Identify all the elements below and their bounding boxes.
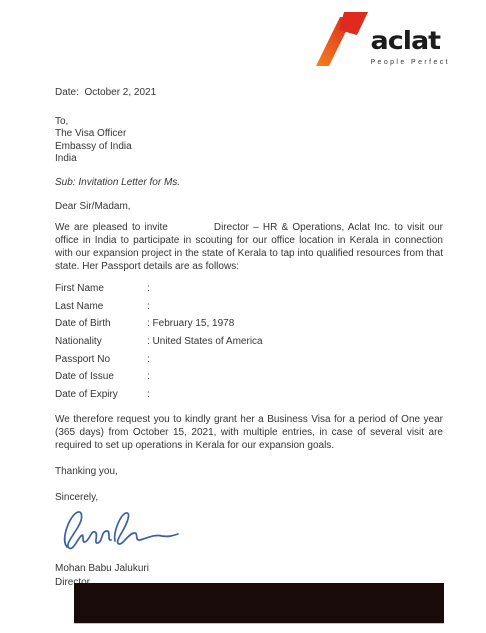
- field-row-first-name: First Name :: [55, 283, 443, 301]
- recipient-address: To, The Visa Officer Embassy of India In…: [55, 116, 443, 166]
- field-row-date-of-expiry: Date of Expiry :: [55, 389, 443, 407]
- field-label: First Name: [55, 283, 147, 296]
- logo-text: aclat People Perfect: [370, 12, 450, 66]
- field-label: Date of Birth: [55, 318, 147, 331]
- recipient-line: Embassy of India: [55, 141, 443, 154]
- body-paragraph-2: We therefore request you to kindly grant…: [55, 413, 443, 452]
- date-line: Date: October 2, 2021: [55, 87, 443, 100]
- field-label: Nationality: [55, 336, 147, 349]
- field-value: :: [147, 354, 150, 367]
- brand-tagline: People Perfect: [370, 59, 450, 66]
- field-row-passport-no: Passport No :: [55, 354, 443, 372]
- field-value: :: [147, 283, 150, 296]
- field-label: Date of Expiry: [55, 389, 147, 402]
- signer-name: Mohan Babu Jalukuri: [55, 563, 443, 576]
- brand-name: aclat: [370, 29, 440, 54]
- letter-page: aclat People Perfect Date: October 2, 20…: [0, 0, 486, 633]
- subject-line: Sub: Invitation Letter for Ms.: [55, 177, 443, 190]
- redacted-footer-block: [74, 583, 444, 624]
- recipient-line: India: [55, 153, 443, 166]
- field-row-date-of-issue: Date of Issue :: [55, 371, 443, 389]
- salutation: Dear Sir/Madam,: [55, 201, 443, 214]
- passport-details-list: First Name : Last Name : Date of Birth :…: [55, 283, 443, 406]
- field-value: : United States of America: [147, 336, 263, 349]
- field-row-nationality: Nationality : United States of America: [55, 336, 443, 354]
- sincerely-line: Sincerely,: [55, 492, 443, 505]
- recipient-line: The Visa Officer: [55, 128, 443, 141]
- field-value: :: [147, 389, 150, 402]
- field-label: Last Name: [55, 301, 147, 314]
- field-row-date-of-birth: Date of Birth : February 15, 1978: [55, 318, 443, 336]
- para1-lead: We are pleased to invite: [55, 222, 168, 233]
- body-paragraph-1: We are pleased to inviteDirector – HR & …: [55, 221, 443, 273]
- field-value: : February 15, 1978: [147, 318, 234, 331]
- company-logo: aclat People Perfect: [316, 12, 450, 66]
- closing-line: Thanking you,: [55, 466, 443, 479]
- handwritten-signature: [57, 508, 182, 552]
- logo-slash-icon: [316, 12, 374, 66]
- field-value: :: [147, 301, 150, 314]
- field-value: :: [147, 371, 150, 384]
- recipient-line: To,: [55, 116, 443, 129]
- field-label: Date of Issue: [55, 371, 147, 384]
- field-row-last-name: Last Name :: [55, 301, 443, 319]
- field-label: Passport No: [55, 354, 147, 367]
- letter-content: Date: October 2, 2021 To, The Visa Offic…: [55, 87, 443, 590]
